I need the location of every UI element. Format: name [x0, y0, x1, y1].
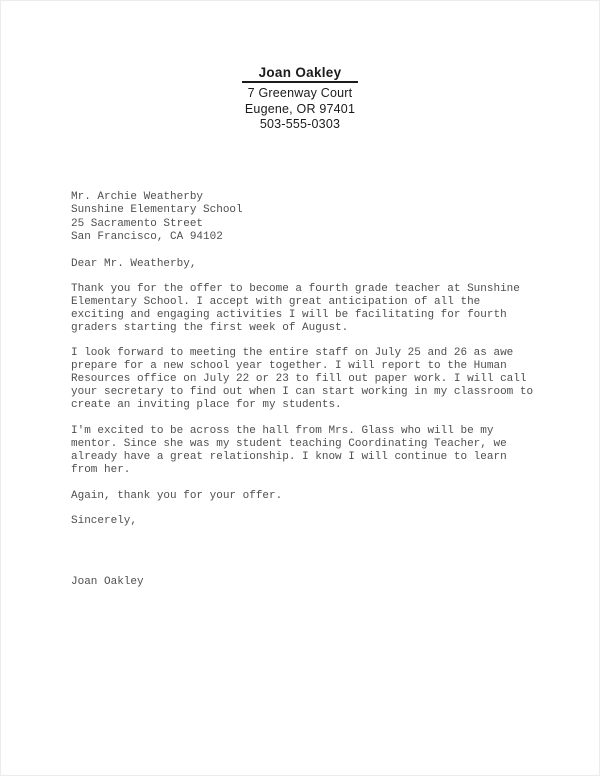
recipient-city-state-zip: San Francisco, CA 94102 — [71, 231, 549, 245]
sender-city-state-zip: Eugene, OR 97401 — [1, 102, 599, 118]
recipient-address: Mr. Archie Weatherby Sunshine Elementary… — [71, 191, 549, 245]
salutation: Dear Mr. Weatherby, — [71, 258, 549, 271]
body-paragraph-3: I'm excited to be across the hall from M… — [71, 425, 549, 477]
recipient-street: 25 Sacramento Street — [71, 218, 549, 232]
sender-name-row: Joan Oakley — [1, 64, 599, 83]
signoff: Sincerely, — [71, 515, 549, 528]
sender-name: Joan Oakley — [242, 65, 359, 83]
body-paragraph-2: I look forward to meeting the entire sta… — [71, 347, 549, 412]
recipient-name: Mr. Archie Weatherby — [71, 191, 549, 205]
letterhead: Joan Oakley 7 Greenway Court Eugene, OR … — [1, 1, 599, 133]
sender-phone: 503-555-0303 — [1, 117, 599, 133]
letter-body: Mr. Archie Weatherby Sunshine Elementary… — [71, 191, 549, 589]
sender-street: 7 Greenway Court — [1, 86, 599, 102]
letter-page: Joan Oakley 7 Greenway Court Eugene, OR … — [0, 0, 600, 776]
body-paragraph-1: Thank you for the offer to become a four… — [71, 283, 549, 335]
recipient-organization: Sunshine Elementary School — [71, 204, 549, 218]
closing-line: Again, thank you for your offer. — [71, 490, 549, 503]
signature-name: Joan Oakley — [71, 576, 549, 589]
